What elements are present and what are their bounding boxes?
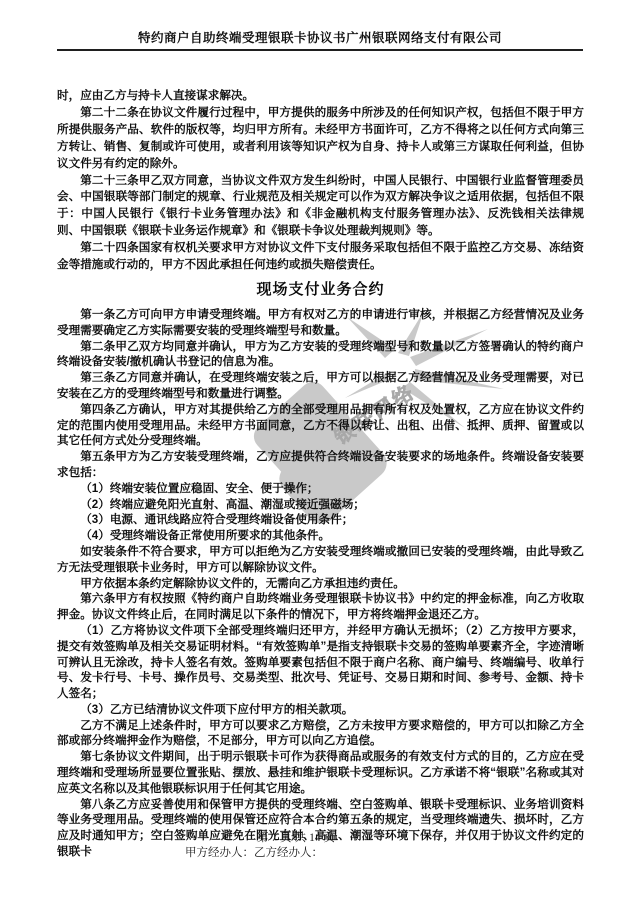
contract-paragraph: 第二条甲乙双方均同意并确认，甲方为乙方安装的受理终端型号和数量以乙方签署确认的特… bbox=[57, 339, 584, 371]
contract-paragraph: 第二十二条在协议文件履行过程中，甲方提供的服务中所涉及的任何知识产权，包括但不限… bbox=[57, 105, 584, 173]
section-title: 现场支付业务合约 bbox=[57, 280, 584, 300]
contract-paragraph: 如安装条件不符合要求，甲方可以拒绝为乙方安装受理终端或撤回已安装的受理终端，由此… bbox=[57, 544, 584, 576]
list-item-paragraph: （1）终端安装位置应稳固、安全、便于操作； bbox=[57, 481, 584, 497]
list-item-paragraph: （4）受理终端设备正常使用所要求的其他条件。 bbox=[57, 528, 584, 544]
contract-paragraph: 第五条甲方为乙方安装受理终端，乙方应提供符合终端设备安装要求的场地条件。终端设备… bbox=[57, 449, 584, 481]
contract-paragraph: （1）乙方将协议文件项下全部受理终端归还甲方，并经甲方确认无损坏；（2）乙方按甲… bbox=[57, 623, 584, 702]
contract-body: 时，应由乙方与持卡人直接谋求解决。 第二十二条在协议文件履行过程中，甲方提供的服… bbox=[57, 88, 584, 860]
header-rule bbox=[57, 49, 583, 51]
list-item-paragraph: （3）电源、通讯线路应符合受理终端设备使用条件； bbox=[57, 512, 584, 528]
onsite-payment-section: 第一条乙方可向甲方申请受理终端。甲方有权对乙方的申请进行审核，并根据乙方经营情况… bbox=[57, 307, 584, 860]
contract-paragraph: 第三条乙方同意并确认，在受理终端安装之后，甲方可以根据乙方经营情况及业务受理需要… bbox=[57, 370, 584, 402]
contract-paragraph: 第二十四条国家有权机关要求甲方对协议文件下支付服务采取包括但不限于监控乙方交易、… bbox=[57, 240, 584, 274]
general-terms-section: 时，应由乙方与持卡人直接谋求解决。 第二十二条在协议文件履行过程中，甲方提供的服… bbox=[57, 88, 584, 274]
contract-paragraph: 第四条乙方确认，甲方对其提供给乙方的全部受理用品拥有所有权及处置权，乙方应在协议… bbox=[57, 402, 584, 449]
page-number: 第 7 页/共 14 页 bbox=[0, 829, 592, 845]
contract-paragraph: 时，应由乙方与持卡人直接谋求解决。 bbox=[57, 88, 584, 105]
contract-paragraph: 甲方依据本条约定解除协议文件的，无需向乙方承担违约责任。 bbox=[57, 576, 584, 592]
handlers-line: 甲方经办人：乙方经办人： bbox=[185, 844, 323, 860]
contract-paragraph: 第一条乙方可向甲方申请受理终端。甲方有权对乙方的申请进行审核，并根据乙方经营情况… bbox=[57, 307, 584, 339]
list-item-paragraph: （2）终端应避免阳光直射、高温、潮湿或接近强磁场； bbox=[57, 497, 584, 513]
document-header: 特约商户自助终端受理银联卡协议书广州银联网络支付有限公司 bbox=[0, 28, 640, 47]
contract-paragraph: 第六条甲方有权按照《特约商户自助终端业务受理银联卡协议书》中约定的押金标准，向乙… bbox=[57, 591, 584, 623]
contract-paragraph: 第二十三条甲乙双方同意，当协议文件双方发生纠纷时，中国人民银行、中国银行业监督管… bbox=[57, 173, 584, 241]
list-item-paragraph: （3）乙方已结清协议文件项下应付甲方的相关款项。 bbox=[57, 702, 584, 718]
contract-paragraph: 第七条协议文件期间，出于明示银联卡可作为获得商品或服务的有效支付方式的目的，乙方… bbox=[57, 749, 584, 796]
contract-paragraph: 乙方不满足上述条件时，甲方可以要求乙方赔偿，乙方未按甲方要求赔偿的，甲方可以扣除… bbox=[57, 718, 584, 750]
header-title: 特约商户自助终端受理银联卡协议书广州银联网络支付有限公司 bbox=[138, 31, 502, 45]
contract-page: 特约商户自助终端受理银联卡协议书广州银联网络支付有限公司 银联网络 时，应由乙方… bbox=[0, 0, 640, 905]
